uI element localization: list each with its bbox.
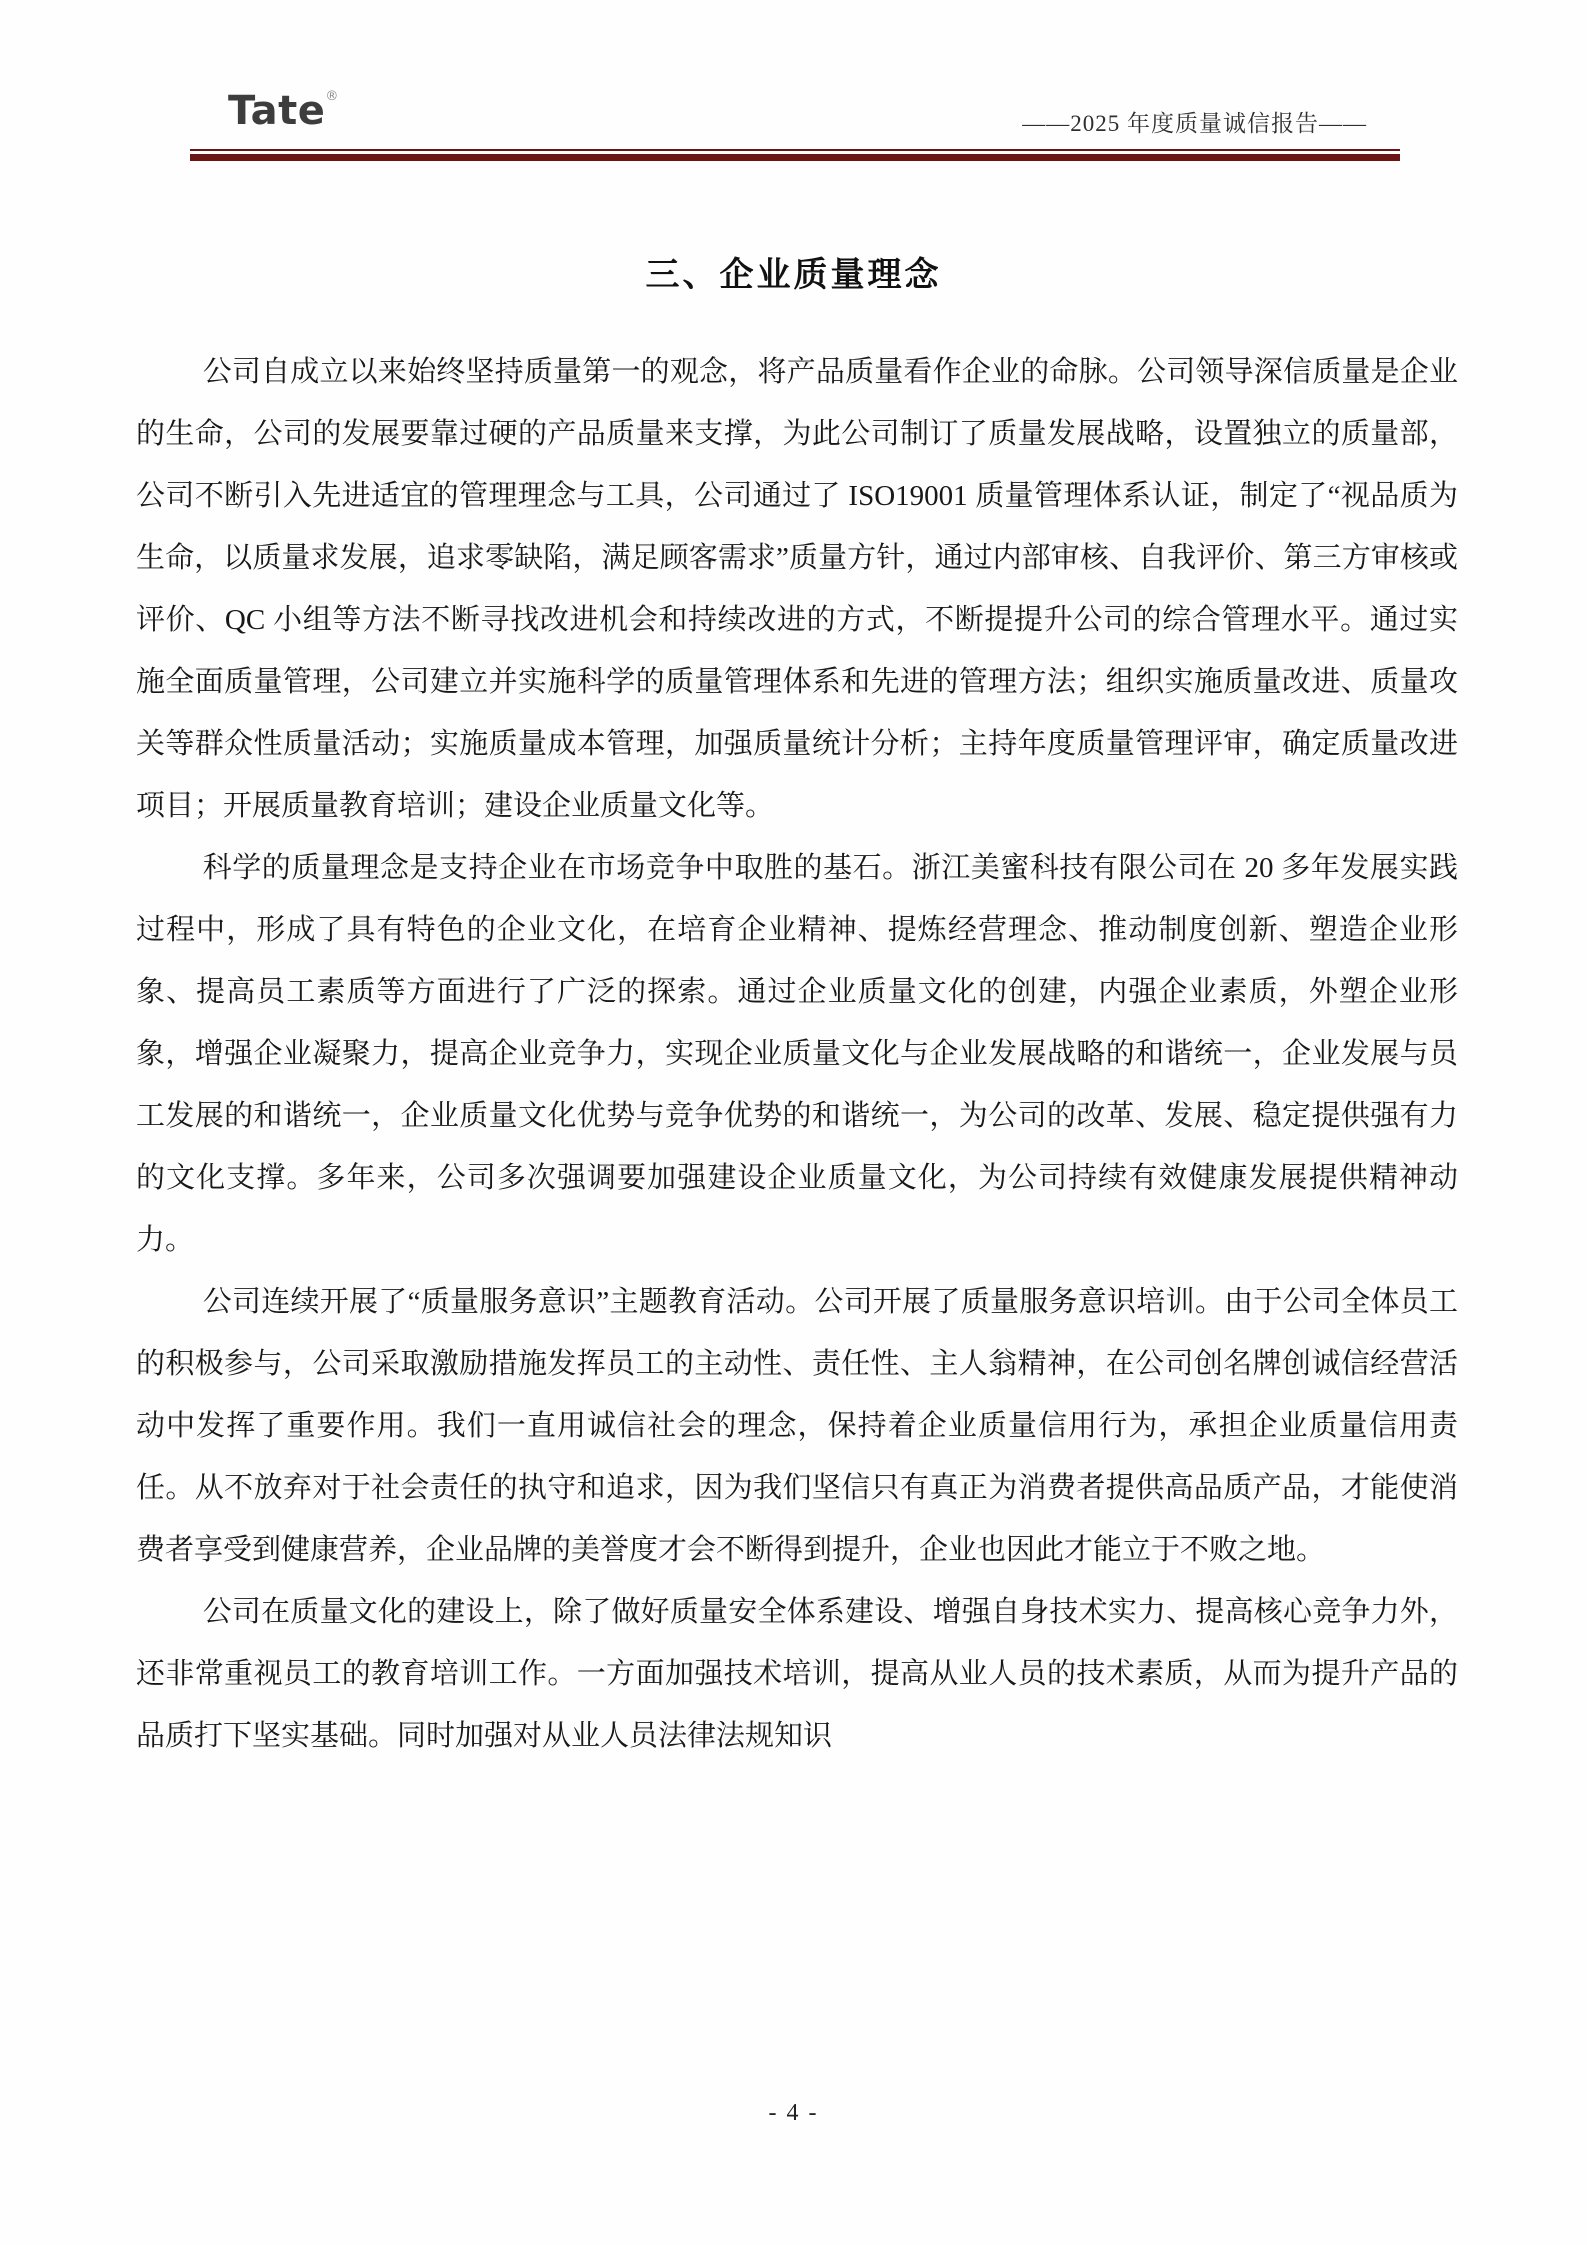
- body-paragraph: 公司自成立以来始终坚持质量第一的观念，将产品质量看作企业的命脉。公司领导深信质量…: [136, 341, 1458, 837]
- page-number: - 4 -: [0, 2100, 1587, 2127]
- section-title: 三、企业质量理念: [0, 247, 1587, 296]
- body-paragraph: 科学的质量理念是支持企业在市场竞争中取胜的基石。浙江美蜜科技有限公司在 20 多…: [136, 837, 1458, 1271]
- brand-logo-text: Tate: [228, 88, 325, 134]
- header-divider-thick: [190, 154, 1400, 161]
- document-page: Tate® ——2025 年度质量诚信报告—— 三、企业质量理念 公司自成立以来…: [0, 0, 1587, 2245]
- registered-trademark-icon: ®: [325, 89, 339, 104]
- body-paragraph: 公司在质量文化的建设上，除了做好质量安全体系建设、增强自身技术实力、提高核心竞争…: [136, 1581, 1458, 1767]
- header-divider-thin: [190, 149, 1400, 151]
- header-report-title: ——2025 年度质量诚信报告——: [1022, 110, 1367, 138]
- body-text: 公司自成立以来始终坚持质量第一的观念，将产品质量看作企业的命脉。公司领导深信质量…: [136, 341, 1458, 1767]
- body-paragraph: 公司连续开展了“质量服务意识”主题教育活动。公司开展了质量服务意识培训。由于公司…: [136, 1271, 1458, 1581]
- brand-logo: Tate®: [228, 90, 339, 131]
